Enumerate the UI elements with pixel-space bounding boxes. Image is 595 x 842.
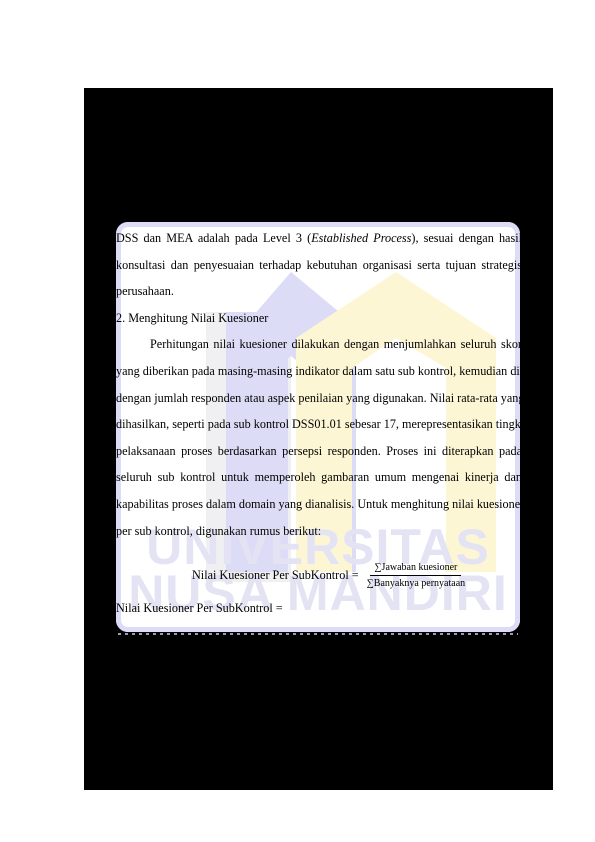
- formula-numerator: ∑Jawaban kuesioner: [370, 562, 461, 576]
- paragraph1-line-1: DSS dan MEA adalah pada Level 3 (Establi…: [116, 225, 522, 252]
- paragraph2-line: per sub kontrol, digunakan rumus berikut…: [116, 518, 522, 545]
- paragraph2-line: yang diberikan pada masing-masing indika…: [116, 358, 522, 385]
- formula-fraction: ∑Jawaban kuesioner ∑Banyaknya pernyataan: [363, 562, 469, 589]
- paragraph2-line: dengan jumlah responden atau aspek penil…: [116, 385, 522, 412]
- paragraph2-line: seluruh sub kontrol untuk memperoleh gam…: [116, 464, 522, 491]
- paragraph2-line: kapabilitas proses dalam domain yang dia…: [116, 491, 522, 518]
- formula: Nilai Kuesioner Per SubKontrol = ∑Jawaba…: [192, 562, 469, 589]
- formula-lhs: Nilai Kuesioner Per SubKontrol =: [192, 568, 359, 583]
- paragraph2-line: Perhitungan nilai kuesioner dilakukan de…: [116, 331, 522, 358]
- card-bottom-dotted-edge: [118, 633, 518, 635]
- formula-result-line: Nilai Kuesioner Per SubKontrol =: [116, 601, 283, 616]
- paragraph2-line: pelaksanaan proses berdasarkan persepsi …: [116, 438, 522, 465]
- paragraph2-line: dihasilkan, seperti pada sub kontrol DSS…: [116, 411, 522, 438]
- body-text: DSS dan MEA adalah pada Level 3 (Establi…: [116, 225, 522, 544]
- formula-denominator: ∑Banyaknya pernyataan: [363, 576, 469, 589]
- paragraph1-line-3: perusahaan.: [116, 278, 522, 305]
- section-heading: 2. Menghitung Nilai Kuesioner: [116, 305, 522, 332]
- paragraph1-line-2: konsultasi dan penyesuaian terhadap kebu…: [116, 252, 522, 279]
